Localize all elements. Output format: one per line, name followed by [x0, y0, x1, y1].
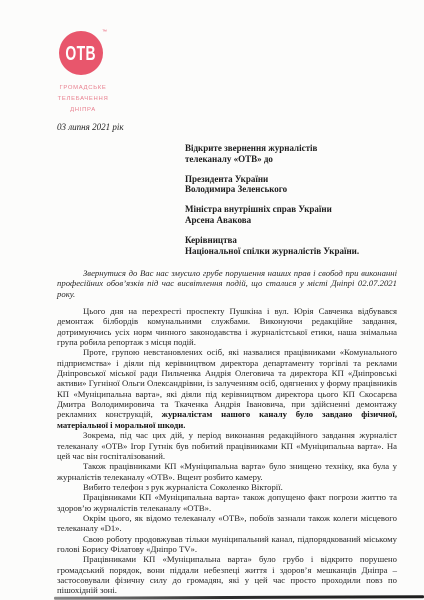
paragraph: Вибито телефон з рук журналіста Соколенк… [57, 482, 397, 492]
paragraph: Працівниками КП «Муніципальна варта» так… [57, 492, 397, 513]
recipient-union: Керівництва Національної спілки журналіс… [185, 235, 405, 257]
tagline-line: ГРОМАДСЬКЕ [36, 83, 130, 94]
letter-title-line: Відкрите звернення журналістів [185, 143, 405, 154]
letter-title-line: телеканалу «ОТВ» до [185, 154, 405, 165]
tagline-line: ТЕЛЕБАЧЕННЯ [36, 94, 130, 105]
paragraph-text: Також працівниками КП «Муніципальна варт… [57, 461, 397, 481]
paragraph-text: Працівниками КП «Муніципальна варта» бул… [57, 554, 397, 595]
recipient-line: Арсена Авакова [185, 215, 405, 226]
paragraph-text: Окрім цього, як відомо телеканалу «ОТВ»,… [57, 513, 397, 533]
scanned-letter-page: ОТВ ™ ГРОМАДСЬКЕ ТЕЛЕБАЧЕННЯ ДНІПРА 03 л… [0, 0, 424, 600]
paragraph: Працівниками КП «Муніципальна варта» бул… [57, 554, 397, 595]
recipient-line: Національної спілки журналістів України. [185, 246, 405, 257]
paragraph: Цього дня на перехресті проспекту Пушкін… [57, 306, 397, 347]
paragraph-text: Вибито телефон з рук журналіста Соколенк… [83, 482, 283, 492]
tagline-line: ДНІПРА [36, 105, 130, 116]
letter-title: Відкрите звернення журналістів телеканал… [185, 143, 405, 165]
recipient-line: Міністра внутрішніх справ України [185, 204, 405, 215]
recipient-minister: Міністра внутрішніх справ України Арсена… [185, 204, 405, 226]
paragraph: Проте, групою невстановлених осіб, які н… [57, 347, 397, 430]
paragraph-text: Працівниками КП «Муніципальна варта» так… [57, 492, 397, 512]
intro-paragraph: Звернутися до Вас нас змусило грубе пору… [57, 268, 397, 299]
letter-body: Звернутися до Вас нас змусило грубе пору… [57, 268, 397, 596]
paragraph: Також працівниками КП «Муніципальна варт… [57, 461, 397, 482]
letterhead-tagline: ГРОМАДСЬКЕ ТЕЛЕБАЧЕННЯ ДНІПРА [36, 83, 130, 116]
scan-edge-line [54, 596, 424, 600]
recipient-line: Керівництва [185, 235, 405, 246]
letter-date: 03 липня 2021 рік [57, 122, 124, 132]
paragraph-text: Зокрема, під час цих дій, у період викон… [57, 430, 397, 461]
paragraph-text: Цього дня на перехресті проспекту Пушкін… [57, 306, 397, 347]
paragraph: Свою роботу продовжував тільки муніципал… [57, 534, 397, 555]
paragraph: Окрім цього, як відомо телеканалу «ОТВ»,… [57, 513, 397, 534]
recipients-block: Відкрите звернення журналістів телеканал… [185, 143, 405, 265]
trademark-symbol: ™ [102, 29, 107, 35]
otb-logo-text: ОТВ [66, 43, 97, 63]
recipient-line: Президента України [185, 174, 405, 185]
recipient-line: Володимира Зеленського [185, 184, 405, 195]
paragraph-text: Свою роботу продовжував тільки муніципал… [57, 534, 397, 554]
paragraph: Зокрема, під час цих дій, у період викон… [57, 430, 397, 461]
recipient-president: Президента України Володимира Зеленськог… [185, 174, 405, 196]
otb-logo: ОТВ [59, 31, 103, 75]
